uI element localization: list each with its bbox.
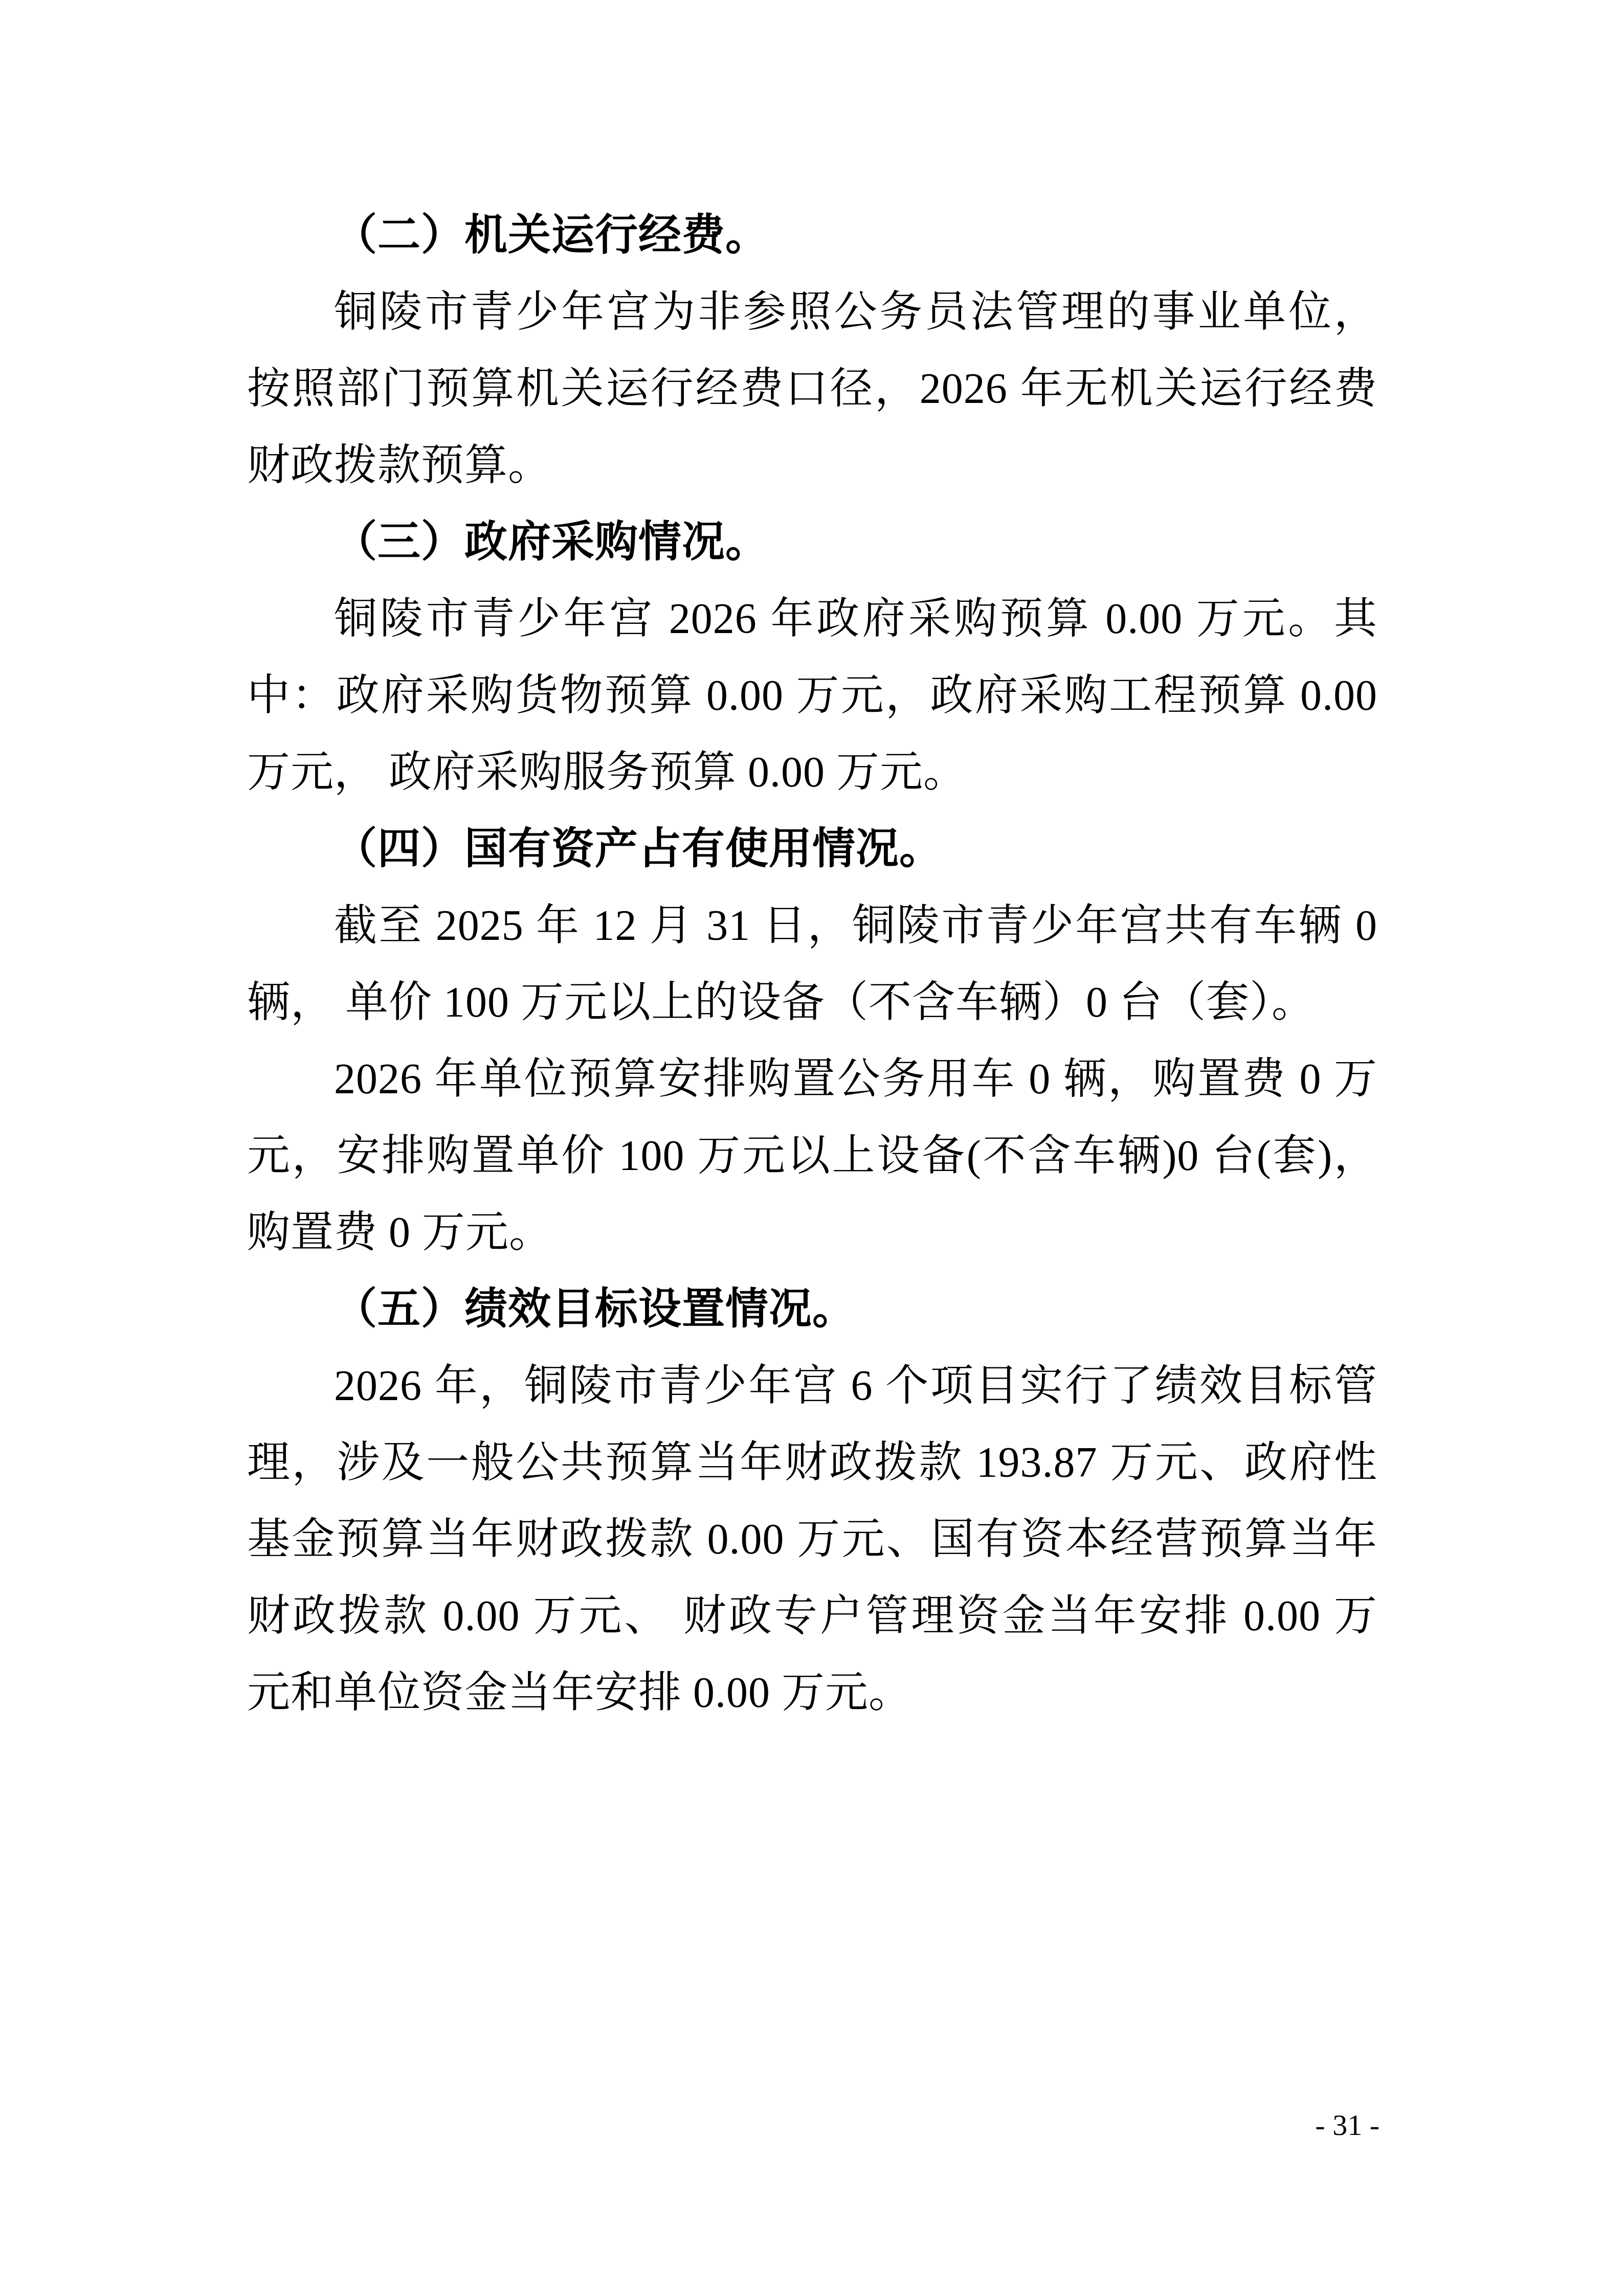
document-page: （二）机关运行经费。 铜陵市青少年宫为非参照公务员法管理的事业单位， 按照部门预… [0,0,1624,2296]
page-number: - 31 - [247,2109,1380,2142]
text-line: 万元， 政府采购服务预算 0.00 万元。 [247,734,1377,811]
text-line: 理，涉及一般公共预算当年财政拨款 193.87 万元、政府性 [247,1425,1377,1501]
text-line: 铜陵市青少年宫为非参照公务员法管理的事业单位， [247,274,1377,351]
section-heading-4: （四）国有资产占有使用情况。 [247,811,1377,888]
section-heading-2: （二）机关运行经费。 [247,197,1377,274]
text-line: 中：政府采购货物预算 0.00 万元，政府采购工程预算 0.00 [247,658,1377,734]
text-line: 截至 2025 年 12 月 31 日，铜陵市青少年宫共有车辆 0 [247,888,1377,964]
text-line: 基金预算当年财政拨款 0.00 万元、国有资本经营预算当年 [247,1501,1377,1578]
text-line: 辆， 单价 100 万元以上的设备（不含车辆）0 台（套）。 [247,964,1377,1041]
text-line: 元和单位资金当年安排 0.00 万元。 [247,1655,1377,1731]
text-line: 财政拨款 0.00 万元、 财政专户管理资金当年安排 0.00 万 [247,1578,1377,1655]
text-line: 按照部门预算机关运行经费口径，2026 年无机关运行经费 [247,351,1377,427]
text-line: 购置费 0 万元。 [247,1195,1377,1271]
section-heading-3: （三）政府采购情况。 [247,504,1377,581]
text-line: 元，安排购置单价 100 万元以上设备(不含车辆)0 台(套)， [247,1118,1377,1195]
text-line: 财政拨款预算。 [247,427,1377,504]
section-heading-5: （五）绩效目标设置情况。 [247,1271,1377,1348]
text-block: （二）机关运行经费。 铜陵市青少年宫为非参照公务员法管理的事业单位， 按照部门预… [247,197,1377,1731]
text-line: 铜陵市青少年宫 2026 年政府采购预算 0.00 万元。其 [247,581,1377,658]
text-line: 2026 年，铜陵市青少年宫 6 个项目实行了绩效目标管 [247,1348,1377,1425]
text-line: 2026 年单位预算安排购置公务用车 0 辆，购置费 0 万 [247,1041,1377,1118]
